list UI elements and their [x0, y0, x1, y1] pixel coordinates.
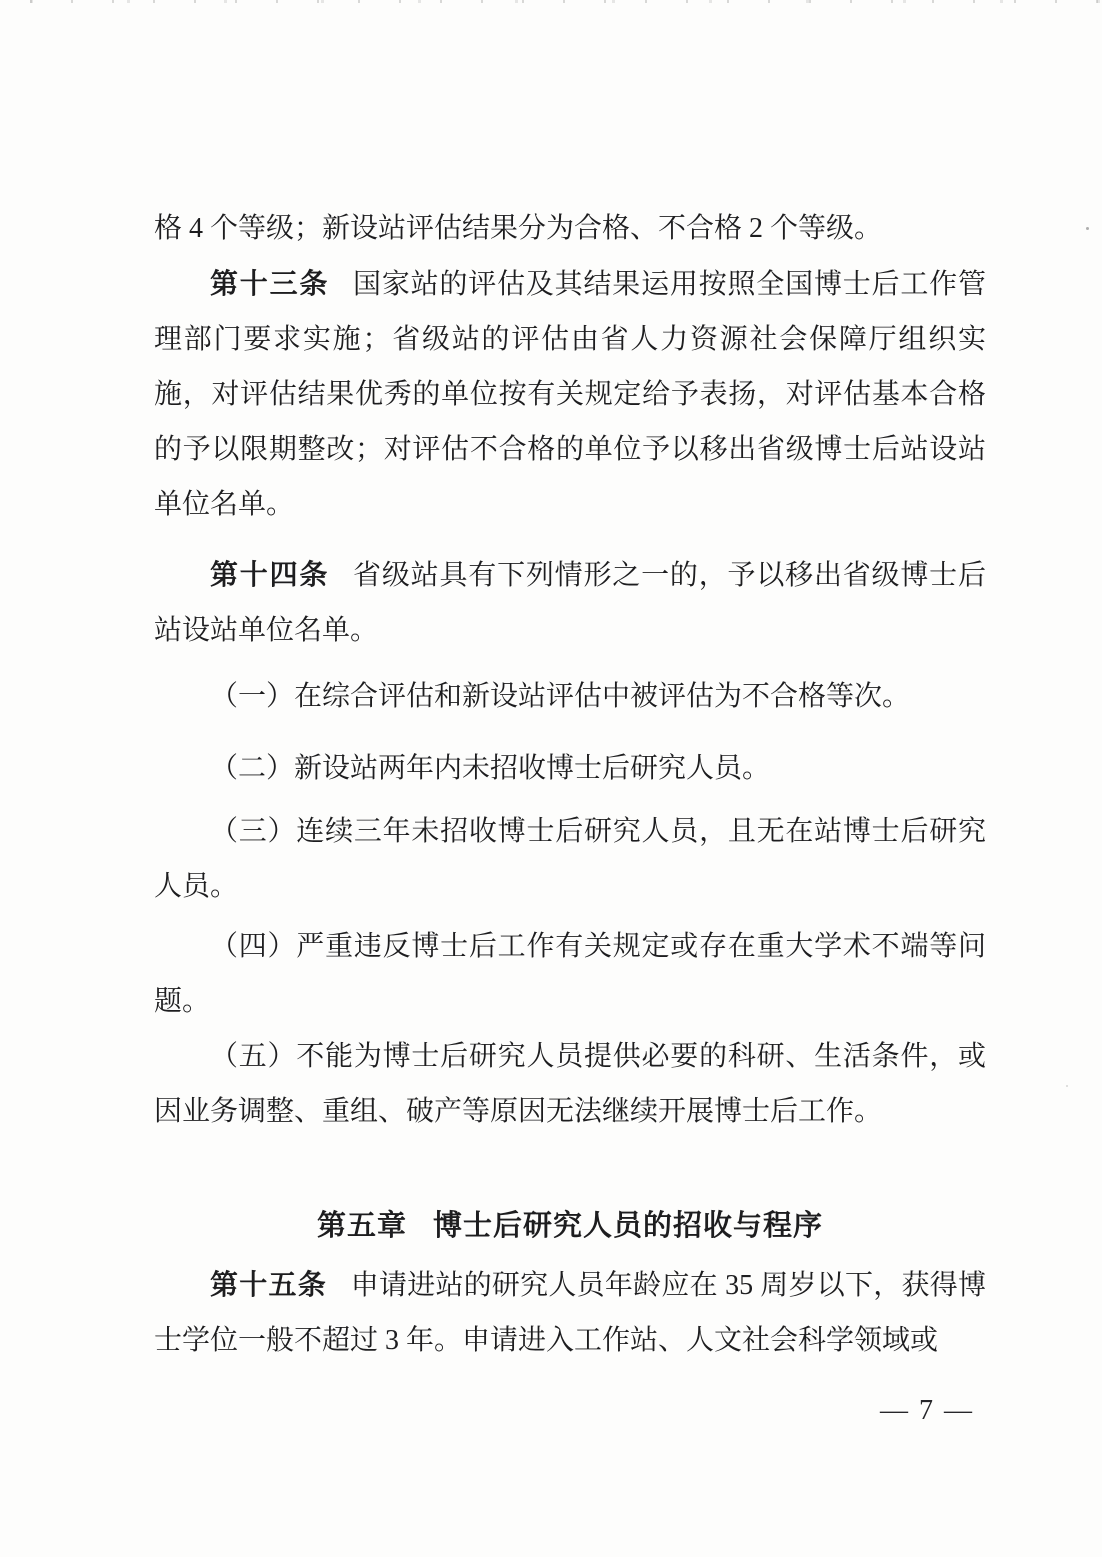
scan-artifact-speck	[1066, 1085, 1068, 1087]
paragraph-text: （一）在综合评估和新设站评估中被评估为不合格等次。	[210, 681, 910, 712]
paragraph-article-15: 第十五条申请进站的研究人员年龄应在 35 周岁以下，获得博士学位一般不超过 3 …	[154, 1257, 986, 1368]
article-number: 第十四条	[210, 559, 329, 590]
paragraph-text: 国家站的评估及其结果运用按照全国博士后工作管理部门要求实施；省级站的评估由省人力…	[154, 269, 986, 520]
paragraph-article-13: 第十三条国家站的评估及其结果运用按照全国博士后工作管理部门要求实施；省级站的评估…	[154, 256, 986, 532]
paragraph-text: （三）连续三年未招收博士后研究人员，且无在站博士后研究人员。	[154, 816, 986, 902]
paragraph-item-4: （四）严重违反博士后工作有关规定或存在重大学术不端等问题。	[154, 919, 986, 1029]
paragraph-text: （二）新设站两年内未招收博士后研究人员。	[210, 753, 770, 784]
article-number: 第十三条	[210, 268, 329, 299]
chapter-title: 博士后研究人员的招收与程序	[433, 1210, 823, 1242]
scan-artifact-top-edge	[30, 0, 1102, 3]
paragraph-text: （四）严重违反博士后工作有关规定或存在重大学术不端等问题。	[154, 931, 986, 1017]
paragraph-article-14: 第十四条省级站具有下列情形之一的，予以移出省级博士后站设站单位名单。	[154, 547, 986, 658]
page-number: — 7 —	[880, 1396, 974, 1426]
paragraph-text: （五）不能为博士后研究人员提供必要的科研、生活条件，或因业务调整、重组、破产等原…	[154, 1041, 986, 1127]
paragraph-item-5: （五）不能为博士后研究人员提供必要的科研、生活条件，或因业务调整、重组、破产等原…	[154, 1029, 986, 1139]
chapter-number: 第五章	[317, 1210, 407, 1242]
paragraph-item-1: （一）在综合评估和新设站评估中被评估为不合格等次。	[154, 669, 986, 724]
scan-artifact-speck	[1086, 227, 1089, 230]
article-number: 第十五条	[210, 1269, 327, 1300]
scanned-document-page: { "page": { "background": "#fdfdfc", "te…	[0, 0, 1102, 1557]
paragraph-item-3: （三）连续三年未招收博士后研究人员，且无在站博士后研究人员。	[154, 804, 986, 914]
paragraph-item-2: （二）新设站两年内未招收博士后研究人员。	[154, 741, 986, 796]
paragraph-continuation: 格 4 个等级；新设站评估结果分为合格、不合格 2 个等级。	[154, 201, 986, 256]
paragraph-text: 格 4 个等级；新设站评估结果分为合格、不合格 2 个等级。	[154, 213, 882, 244]
chapter-heading: 第五章博士后研究人员的招收与程序	[154, 1199, 986, 1254]
document-body: 格 4 个等级；新设站评估结果分为合格、不合格 2 个等级。 第十三条国家站的评…	[154, 201, 986, 1368]
